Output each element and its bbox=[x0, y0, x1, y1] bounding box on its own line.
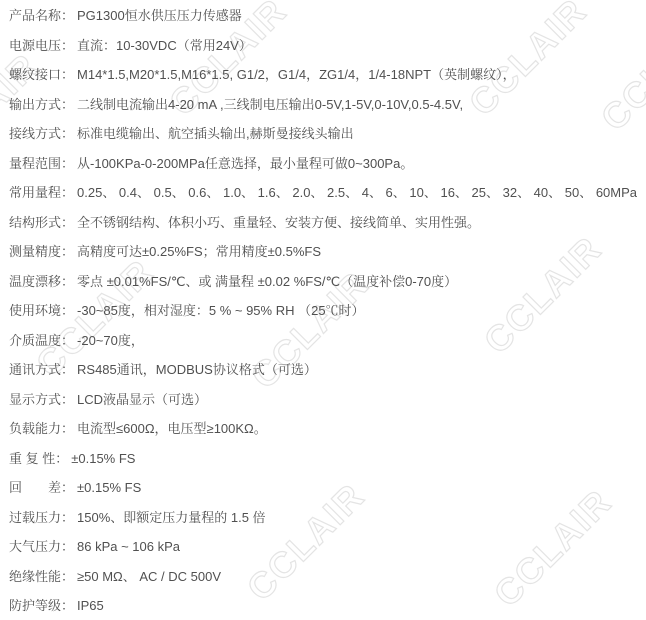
spec-row-output-mode: 输出方式：二线制电流输出4-20 mA ,三线制电压输出0-5V,1-5V,0-… bbox=[9, 90, 646, 120]
spec-value: 0.25、 0.4、 0.5、 0.6、 1.0、 1.6、 2.0、 2.5、… bbox=[77, 185, 637, 200]
spec-row-range-scope: 量程范围：从-100KPa-0-200MPa任意选择，最小量程可做0~300Pa… bbox=[9, 149, 646, 179]
spec-label: 输出方式： bbox=[9, 90, 74, 120]
product-spec-sheet: 产品名称：PG1300恒水供压压力传感器 电源电压：直流：10-30VDC（常用… bbox=[0, 0, 646, 620]
spec-label: 通讯方式： bbox=[9, 355, 74, 385]
spec-label: 量程范围： bbox=[9, 149, 74, 179]
spec-value: 从-100KPa-0-200MPa任意选择，最小量程可做0~300Pa。 bbox=[77, 156, 413, 171]
spec-row-wiring-mode: 接线方式：标准电缆输出、航空插头输出,赫斯曼接线头输出 bbox=[9, 119, 646, 149]
spec-row-insulation: 绝缘性能：≥50 MΩ、 AC / DC 500V bbox=[9, 562, 646, 592]
spec-label: 过载压力： bbox=[9, 503, 74, 533]
spec-row-supply-voltage: 电源电压：直流：10-30VDC（常用24V） bbox=[9, 31, 646, 61]
spec-row-load-capacity: 负载能力：电流型≤600Ω，电压型≥100KΩ。 bbox=[9, 414, 646, 444]
spec-label: 温度漂移： bbox=[9, 267, 74, 297]
spec-value: 高精度可达±0.25%FS；常用精度±0.5%FS bbox=[77, 244, 321, 259]
spec-row-repeatability: 重 复 性：±0.15% FS bbox=[9, 444, 646, 474]
spec-label: 常用量程： bbox=[9, 178, 74, 208]
spec-value: -30~85度，相对湿度：5 % ~ 95% RH （25℃时） bbox=[77, 303, 365, 318]
spec-value: RS485通讯，MODBUS协议格式（可选） bbox=[77, 362, 317, 377]
spec-row-structure: 结构形式：全不锈钢结构、体积小巧、重量轻、安装方便、接线简单、实用性强。 bbox=[9, 208, 646, 238]
spec-row-atmospheric-pressure: 大气压力：86 kPa ~ 106 kPa bbox=[9, 532, 646, 562]
spec-label: 介质温度： bbox=[9, 326, 74, 356]
spec-row-protection-rating: 防护等级：IP65 bbox=[9, 591, 646, 620]
spec-row-product-name: 产品名称：PG1300恒水供压压力传感器 bbox=[9, 1, 646, 31]
spec-value: 直流：10-30VDC（常用24V） bbox=[77, 38, 252, 53]
spec-value: ±0.15% FS bbox=[71, 451, 135, 466]
spec-value: ≥50 MΩ、 AC / DC 500V bbox=[77, 569, 221, 584]
spec-label: 使用环境： bbox=[9, 296, 74, 326]
spec-row-common-ranges: 常用量程：0.25、 0.4、 0.5、 0.6、 1.0、 1.6、 2.0、… bbox=[9, 178, 646, 208]
spec-label: 负载能力： bbox=[9, 414, 74, 444]
spec-row-thread-port: 螺纹接口：M14*1.5,M20*1.5,M16*1.5, G1/2，G1/4，… bbox=[9, 60, 646, 90]
spec-label: 大气压力： bbox=[9, 532, 74, 562]
spec-row-medium-temp: 介质温度：-20~70度， bbox=[9, 326, 646, 356]
spec-value: PG1300恒水供压压力传感器 bbox=[77, 8, 242, 23]
spec-label: 绝缘性能： bbox=[9, 562, 74, 592]
spec-label: 重 复 性： bbox=[9, 444, 68, 474]
spec-label: 测量精度： bbox=[9, 237, 74, 267]
spec-value: 150%、即额定压力量程的 1.5 倍 bbox=[77, 510, 266, 525]
spec-row-accuracy: 测量精度：高精度可达±0.25%FS；常用精度±0.5%FS bbox=[9, 237, 646, 267]
spec-label: 电源电压： bbox=[9, 31, 74, 61]
spec-label: 防护等级： bbox=[9, 591, 74, 620]
spec-value: 86 kPa ~ 106 kPa bbox=[77, 539, 180, 554]
spec-value: 二线制电流输出4-20 mA ,三线制电压输出0-5V,1-5V,0-10V,0… bbox=[77, 97, 463, 112]
spec-row-overload-pressure: 过载压力：150%、即额定压力量程的 1.5 倍 bbox=[9, 503, 646, 533]
spec-label: 结构形式： bbox=[9, 208, 74, 238]
spec-label: 螺纹接口： bbox=[9, 60, 74, 90]
spec-label: 接线方式： bbox=[9, 119, 74, 149]
spec-value: ±0.15% FS bbox=[77, 480, 141, 495]
spec-label: 产品名称： bbox=[9, 1, 74, 31]
spec-label: 显示方式： bbox=[9, 385, 74, 415]
spec-row-temp-drift: 温度漂移：零点 ±0.01%FS/℃、或 满量程 ±0.02 %FS/℃（温度补… bbox=[9, 267, 646, 297]
spec-value: 标准电缆输出、航空插头输出,赫斯曼接线头输出 bbox=[77, 126, 354, 141]
spec-row-hysteresis: 回 差：±0.15% FS bbox=[9, 473, 646, 503]
spec-value: LCD液晶显示（可选） bbox=[77, 392, 207, 407]
spec-value: 电流型≤600Ω，电压型≥100KΩ。 bbox=[77, 421, 267, 436]
spec-value: -20~70度， bbox=[77, 333, 144, 348]
spec-value: 零点 ±0.01%FS/℃、或 满量程 ±0.02 %FS/℃（温度补偿0-70… bbox=[77, 274, 457, 289]
spec-row-comm-mode: 通讯方式：RS485通讯，MODBUS协议格式（可选） bbox=[9, 355, 646, 385]
spec-value: IP65 bbox=[77, 598, 104, 613]
spec-value: 全不锈钢结构、体积小巧、重量轻、安装方便、接线简单、实用性强。 bbox=[77, 215, 480, 230]
spec-row-display-mode: 显示方式：LCD液晶显示（可选） bbox=[9, 385, 646, 415]
spec-label: 回 差： bbox=[9, 473, 74, 503]
spec-value: M14*1.5,M20*1.5,M16*1.5, G1/2，G1/4，ZG1/4… bbox=[77, 67, 516, 82]
spec-row-operating-env: 使用环境：-30~85度，相对湿度：5 % ~ 95% RH （25℃时） bbox=[9, 296, 646, 326]
